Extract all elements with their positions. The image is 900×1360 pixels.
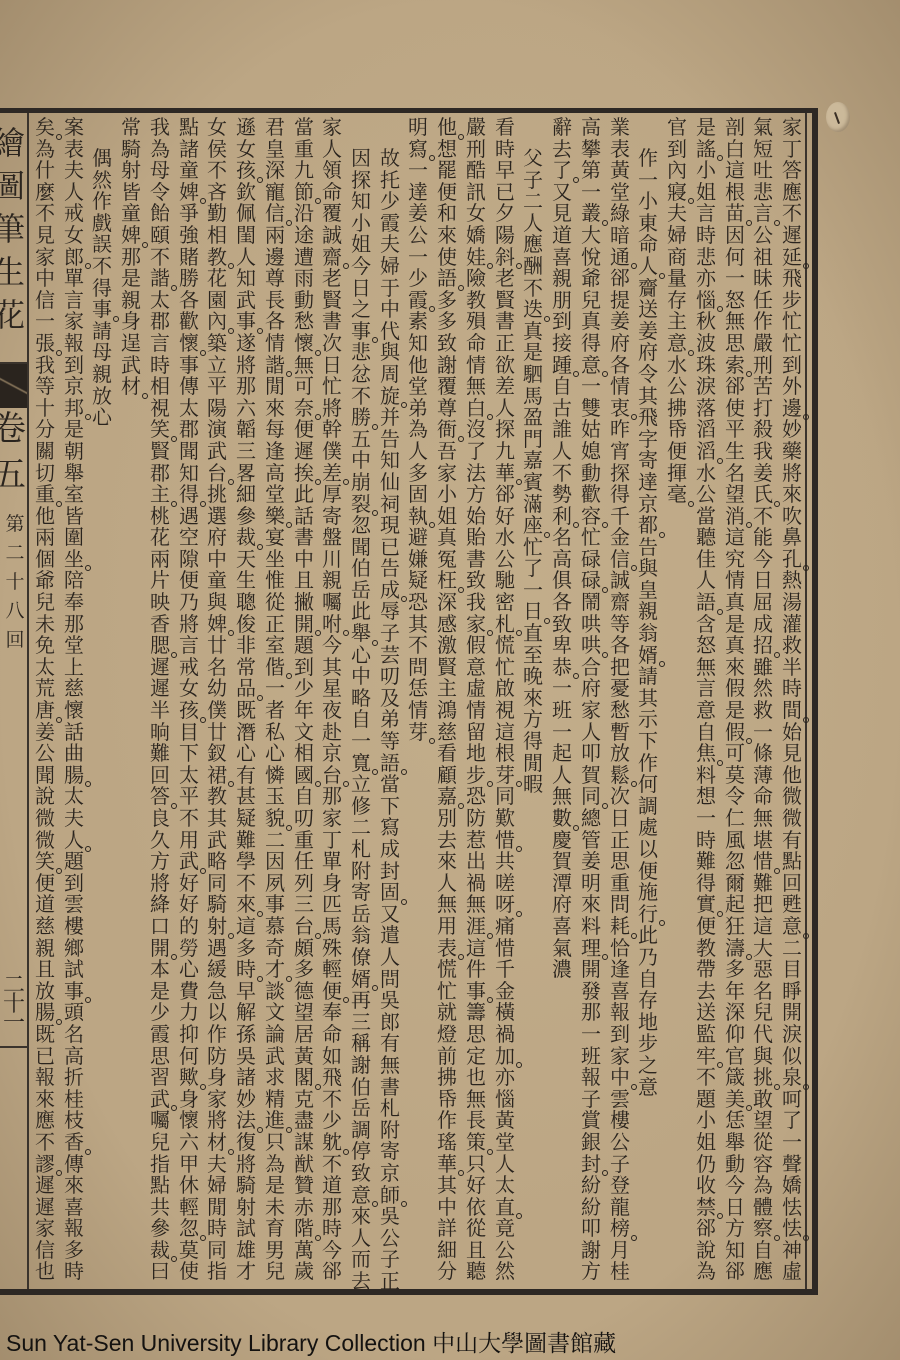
glyph: 雄 — [234, 1240, 258, 1262]
glyph: 案 — [62, 117, 86, 139]
margin-divider — [0, 1046, 28, 1048]
glyph: 撇 — [292, 592, 316, 614]
glyph: 便 — [694, 916, 718, 938]
glyph: 免 — [33, 635, 57, 657]
glyph: 夜 — [320, 700, 344, 722]
glyph: 如 — [320, 1046, 344, 1068]
glyph: 激 — [435, 635, 459, 657]
glyph: 夕 — [493, 203, 517, 225]
glyph: 故 — [378, 148, 402, 170]
glyph: 雲 — [62, 894, 86, 916]
glyph: 便 — [320, 981, 344, 1003]
glyph: 恁 — [406, 678, 430, 700]
glyph: 爺 — [579, 268, 603, 290]
text-column-23: 我為母令飴頤不諧太郡言時相視笑賢郡主桃花兩片映香腮遲遲半晌難回答良久方將絳口開本… — [148, 117, 172, 1283]
glyph: 十 — [4, 568, 26, 597]
glyph: 報 — [62, 1218, 86, 1240]
glyph: 言 — [148, 333, 172, 355]
glyph: 是 — [694, 117, 718, 139]
glyph: 途 — [292, 225, 316, 247]
glyph: 公 — [378, 1228, 402, 1250]
glyph: 來 — [62, 1175, 86, 1197]
glyph: 翁 — [636, 623, 660, 645]
glyph: 相 — [205, 225, 229, 247]
glyph: 武 — [119, 355, 143, 377]
glyph: 寬 — [349, 753, 373, 775]
glyph: 昧 — [751, 268, 775, 290]
glyph: 請 — [90, 321, 114, 343]
glyph: 遲 — [33, 1175, 57, 1197]
glyph: 學 — [234, 851, 258, 873]
glyph: 日 — [320, 355, 344, 377]
glyph: 便 — [435, 182, 459, 204]
glyph: 了 — [521, 558, 545, 580]
glyph: 仰 — [723, 1024, 747, 1046]
glyph: 下 — [378, 796, 402, 818]
glyph: 飛 — [636, 407, 660, 429]
glyph: 子 — [521, 170, 545, 192]
glyph: 府 — [205, 527, 229, 549]
glyph: 法 — [464, 463, 488, 485]
glyph: 定 — [464, 1046, 488, 1068]
glyph: 鄉 — [62, 938, 86, 960]
glyph: 霞 — [406, 290, 430, 312]
glyph: 固 — [406, 484, 430, 506]
glyph: 兩 — [148, 549, 172, 571]
glyph: 家 — [579, 700, 603, 722]
glyph: 痛 — [493, 916, 517, 938]
glyph: 悲 — [751, 182, 775, 204]
glyph: 業 — [608, 117, 632, 139]
glyph: 附 — [378, 1120, 402, 1142]
glyph: 那 — [234, 376, 258, 398]
glyph: 萬 — [292, 1240, 316, 1262]
glyph: 感 — [435, 614, 459, 636]
glyph: 乃 — [177, 592, 201, 614]
glyph: 令 — [148, 182, 172, 204]
glyph: 八 — [4, 597, 26, 626]
glyph: 叢 — [579, 203, 603, 225]
text-column-15: 故托少霞夫婦于中代與周旋并告知仙祠現已告成辱子芸叨及弟等語當下寫成封固又遣人問吳… — [378, 148, 402, 1292]
glyph: 中 — [349, 450, 373, 472]
text-column-27: 矣為什麼不見家中信一張我等十分關切重他兩個爺兒未免太荒唐姜公聞說微微笑便道慈親且… — [33, 117, 57, 1283]
glyph: 逞 — [119, 333, 143, 355]
glyph: 裙 — [205, 765, 229, 787]
glyph: 監 — [694, 1024, 718, 1046]
glyph: 伯 — [349, 1077, 373, 1099]
glyph: 攀 — [579, 139, 603, 161]
glyph: 人 — [550, 441, 574, 463]
glyph: 想 — [435, 139, 459, 161]
glyph: 孩 — [234, 160, 258, 182]
glyph: 令 — [636, 364, 660, 386]
glyph: 冤 — [435, 549, 459, 571]
glyph: 佳 — [694, 549, 718, 571]
glyph: 坐 — [62, 549, 86, 571]
glyph: 婦 — [665, 225, 689, 247]
glyph: 得 — [579, 333, 603, 355]
glyph: 矣 — [33, 117, 57, 139]
glyph: 孫 — [234, 1024, 258, 1046]
glyph: 日 — [608, 808, 632, 830]
glyph: 差 — [493, 376, 517, 398]
glyph: 遲 — [780, 225, 804, 247]
glyph: 作 — [90, 191, 114, 213]
glyph: 將 — [148, 873, 172, 895]
glyph: 回 — [4, 626, 26, 655]
glyph: 始 — [780, 722, 804, 744]
glyph: 自 — [694, 722, 718, 744]
glyph: 大 — [751, 938, 775, 960]
glyph: 剖 — [723, 117, 747, 139]
glyph: 前 — [435, 1046, 459, 1068]
glyph: 目 — [780, 959, 804, 981]
glyph: 太 — [177, 765, 201, 787]
glyph: 叨 — [292, 808, 316, 830]
glyph: 公 — [608, 1132, 632, 1154]
glyph: 上 — [62, 657, 86, 679]
glyph: 筆 — [0, 208, 27, 251]
glyph: 立 — [349, 774, 373, 796]
glyph: 忿 — [349, 364, 373, 386]
glyph: 命 — [751, 786, 775, 808]
glyph: 救 — [751, 700, 775, 722]
glyph: 教 — [205, 786, 229, 808]
glyph: 假 — [464, 635, 488, 657]
glyph: 府 — [550, 894, 574, 916]
glyph: 有 — [234, 765, 258, 787]
glyph: 頭 — [62, 1002, 86, 1024]
text-column-22: 點諸童婢爭強賭勝各歡懷事傳太郡聞知得遇空隙便乃將言戒女孩目下太平不用武好好的勞心… — [177, 117, 201, 1283]
glyph: 滿 — [521, 494, 545, 516]
glyph: 時 — [320, 1218, 344, 1240]
glyph: 帋 — [665, 419, 689, 441]
glyph: 是 — [119, 268, 143, 290]
glyph: 相 — [148, 376, 172, 398]
glyph: 為 — [33, 139, 57, 161]
glyph: 文 — [292, 722, 316, 744]
glyph: 作 — [435, 1110, 459, 1132]
glyph: 公 — [665, 376, 689, 398]
glyph: 六 — [234, 398, 258, 420]
glyph: 然 — [751, 678, 775, 700]
glyph: 作 — [205, 1024, 229, 1046]
glyph: 妙 — [780, 419, 804, 441]
glyph: 名 — [723, 463, 747, 485]
glyph: 碌 — [579, 570, 603, 592]
glyph: 大 — [579, 225, 603, 247]
glyph: 及 — [378, 688, 402, 710]
glyph: 慌 — [435, 959, 459, 981]
text-column-9: 辭去了又見道喜親朋到接踵自古誰人不勢利名高俱各致卑恭一班一起人無數慶賀潭府喜氣濃 — [550, 117, 574, 981]
glyph: 使 — [435, 247, 459, 269]
glyph: 二 — [521, 191, 545, 213]
glyph: 多 — [234, 938, 258, 960]
glyph: 進 — [263, 1110, 287, 1132]
glyph: 九 — [493, 441, 517, 463]
glyph: 是 — [723, 700, 747, 722]
glyph: 踵 — [550, 355, 574, 377]
glyph: 唐 — [33, 700, 57, 722]
glyph: 發 — [579, 981, 603, 1003]
glyph: 賢 — [493, 290, 517, 312]
glyph: 桃 — [148, 506, 172, 528]
glyph: 聞 — [33, 765, 57, 787]
glyph: 力 — [177, 1002, 201, 1024]
glyph: 將 — [205, 1110, 229, 1132]
glyph: 到 — [608, 1024, 632, 1046]
glyph: 主 — [435, 678, 459, 700]
glyph: 僚 — [349, 947, 373, 969]
glyph: 姐 — [349, 234, 373, 256]
glyph: 不 — [521, 278, 545, 300]
glyph: 出 — [464, 851, 488, 873]
glyph: 請 — [636, 666, 660, 688]
glyph: 小 — [694, 1110, 718, 1132]
glyph: 時 — [234, 959, 258, 981]
glyph: 此 — [636, 925, 660, 947]
glyph: 嬌 — [780, 1175, 804, 1197]
glyph: 緩 — [205, 959, 229, 981]
glyph: 同 — [493, 786, 517, 808]
glyph: 橫 — [493, 1002, 517, 1024]
glyph: 泉 — [780, 1067, 804, 1089]
glyph: 媳 — [579, 441, 603, 463]
glyph: 嗟 — [493, 873, 517, 895]
glyph: 好 — [177, 894, 201, 916]
glyph: 列 — [292, 873, 316, 895]
glyph: 廿 — [205, 635, 229, 657]
glyph: 子 — [378, 623, 402, 645]
glyph: 祖 — [751, 247, 775, 269]
glyph: 刑 — [751, 355, 775, 377]
glyph: 氣 — [550, 938, 574, 960]
glyph: 點 — [148, 1175, 172, 1197]
glyph: 不 — [33, 1132, 57, 1154]
glyph: 星 — [320, 678, 344, 700]
glyph: 仁 — [723, 808, 747, 830]
glyph: 歲 — [292, 1261, 316, 1283]
glyph: 賞 — [579, 1110, 603, 1132]
glyph: 就 — [435, 1002, 459, 1024]
glyph: 繪 — [0, 122, 27, 165]
glyph: 避 — [406, 527, 430, 549]
glyph: 已 — [33, 1046, 57, 1068]
glyph: 波 — [694, 333, 718, 355]
glyph: 成 — [378, 839, 402, 861]
glyph: 到 — [550, 311, 574, 333]
glyph: 哄 — [579, 635, 603, 657]
glyph: 愁 — [292, 311, 316, 333]
glyph: 官 — [723, 1046, 747, 1068]
glyph: 拂 — [435, 1067, 459, 1089]
glyph: 堂 — [608, 182, 632, 204]
glyph: 只 — [263, 1132, 287, 1154]
glyph: 國 — [292, 765, 316, 787]
glyph: 知 — [406, 333, 430, 355]
glyph: 與 — [751, 1046, 775, 1068]
glyph: 報 — [579, 1067, 603, 1089]
glyph: 知 — [723, 1240, 747, 1262]
glyph: 黃 — [608, 160, 632, 182]
glyph: 道 — [320, 1175, 344, 1197]
glyph: 涯 — [464, 916, 488, 938]
glyph: 奈 — [292, 398, 316, 420]
glyph: 聞 — [349, 537, 373, 559]
glyph: 救 — [780, 635, 804, 657]
glyph: 日 — [521, 601, 545, 623]
glyph: 望 — [723, 484, 747, 506]
glyph: 來 — [263, 398, 287, 420]
glyph: 九 — [292, 160, 316, 182]
glyph: 嫌 — [406, 549, 430, 571]
glyph: 為 — [148, 139, 172, 161]
glyph: 領 — [320, 160, 344, 182]
glyph: 之 — [636, 1055, 660, 1077]
glyph: 無 — [550, 786, 574, 808]
glyph: 動 — [292, 290, 316, 312]
glyph: 姜 — [406, 203, 430, 225]
glyph: 那 — [62, 614, 86, 636]
glyph: 示 — [636, 709, 660, 731]
glyph: 方 — [521, 709, 545, 731]
glyph: 氏 — [751, 484, 775, 506]
glyph: 悲 — [349, 342, 373, 364]
glyph: 其 — [406, 614, 430, 636]
glyph: 休 — [177, 1175, 201, 1197]
glyph: 常 — [234, 657, 258, 679]
glyph: 到 — [62, 873, 86, 895]
glyph: 去 — [550, 139, 574, 161]
glyph: 為 — [263, 1154, 287, 1176]
glyph: 長 — [263, 290, 287, 312]
glyph: 童 — [119, 203, 143, 225]
glyph: 點 — [177, 117, 201, 139]
glyph: 恐 — [406, 592, 430, 614]
glyph: 情 — [263, 333, 287, 355]
glyph: 馳 — [493, 570, 517, 592]
glyph: 悲 — [694, 247, 718, 269]
glyph: 今 — [751, 549, 775, 571]
glyph: 時 — [694, 830, 718, 852]
glyph: 仙 — [378, 472, 402, 494]
glyph: 宵 — [608, 441, 632, 463]
glyph: 是 — [263, 1175, 287, 1197]
glyph: 親 — [320, 570, 344, 592]
glyph: 且 — [464, 1240, 488, 1262]
glyph: 悅 — [579, 247, 603, 269]
glyph: 試 — [62, 959, 86, 981]
glyph: 深 — [435, 592, 459, 614]
glyph: 怒 — [694, 635, 718, 657]
glyph: 五 — [349, 429, 373, 451]
glyph: 他 — [435, 117, 459, 139]
glyph: 商 — [665, 247, 689, 269]
glyph: 聞 — [177, 441, 201, 463]
glyph: 半 — [780, 657, 804, 679]
glyph: 惟 — [263, 570, 287, 592]
glyph: 古 — [550, 398, 574, 420]
glyph: 今 — [723, 1175, 747, 1197]
glyph: 聽 — [694, 527, 718, 549]
glyph: 麼 — [33, 182, 57, 204]
glyph: 而 — [349, 1249, 373, 1271]
glyph: 情 — [608, 376, 632, 398]
glyph: 選 — [205, 506, 229, 528]
glyph: 事 — [464, 981, 488, 1003]
glyph: 貽 — [464, 527, 488, 549]
glyph: 誠 — [608, 570, 632, 592]
glyph: 早 — [234, 981, 258, 1003]
glyph: 僕 — [205, 700, 229, 722]
glyph: 別 — [435, 808, 459, 830]
glyph: 不 — [234, 873, 258, 895]
glyph: 人 — [378, 947, 402, 969]
glyph: 笑 — [33, 851, 57, 873]
glyph: 關 — [33, 441, 57, 463]
glyph: 莫 — [723, 765, 747, 787]
glyph: 誰 — [550, 419, 574, 441]
glyph: 虛 — [464, 678, 488, 700]
glyph: 張 — [33, 333, 57, 355]
glyph: 郤 — [723, 1261, 747, 1283]
glyph: 翁 — [349, 925, 373, 947]
glyph: 諸 — [234, 1067, 258, 1089]
glyph: 封 — [579, 1154, 603, 1176]
glyph: 郤 — [320, 1261, 344, 1283]
glyph: 金 — [608, 527, 632, 549]
glyph: 多 — [292, 959, 316, 981]
glyph: 傳 — [177, 376, 201, 398]
glyph: 懷 — [177, 1110, 201, 1132]
glyph: 分 — [435, 1261, 459, 1283]
glyph: 單 — [62, 268, 86, 290]
glyph: 少 — [292, 678, 316, 700]
glyph: 附 — [349, 861, 373, 883]
glyph: 堂 — [62, 635, 86, 657]
glyph: 女 — [62, 225, 86, 247]
glyph: 一 — [406, 247, 430, 269]
glyph: 因 — [263, 851, 287, 873]
glyph: 同 — [579, 786, 603, 808]
glyph: 班 — [579, 1046, 603, 1068]
glyph: 共 — [148, 1197, 172, 1219]
glyph: 幼 — [205, 678, 229, 700]
glyph: 皇 — [636, 580, 660, 602]
glyph: 自 — [349, 709, 373, 731]
glyph: 目 — [177, 722, 201, 744]
glyph: 寄 — [378, 1141, 402, 1163]
glyph: 等 — [33, 376, 57, 398]
glyph: 腸 — [62, 765, 86, 787]
glyph: 瑤 — [435, 1132, 459, 1154]
glyph: 郡 — [177, 419, 201, 441]
glyph: 姜 — [33, 722, 57, 744]
glyph: 遜 — [234, 117, 258, 139]
glyph: 娃 — [464, 247, 488, 269]
glyph: 問 — [608, 894, 632, 916]
glyph: 騎 — [234, 1175, 258, 1197]
glyph: 女 — [177, 678, 201, 700]
glyph: 深 — [263, 160, 287, 182]
glyph: 賓 — [521, 472, 545, 494]
glyph: 這 — [464, 938, 488, 960]
glyph: 然 — [493, 1261, 517, 1283]
glyph: 親 — [550, 268, 574, 290]
glyph: 齋 — [608, 592, 632, 614]
volume-label: 卷五 — [0, 406, 28, 498]
glyph: 盤 — [320, 527, 344, 549]
